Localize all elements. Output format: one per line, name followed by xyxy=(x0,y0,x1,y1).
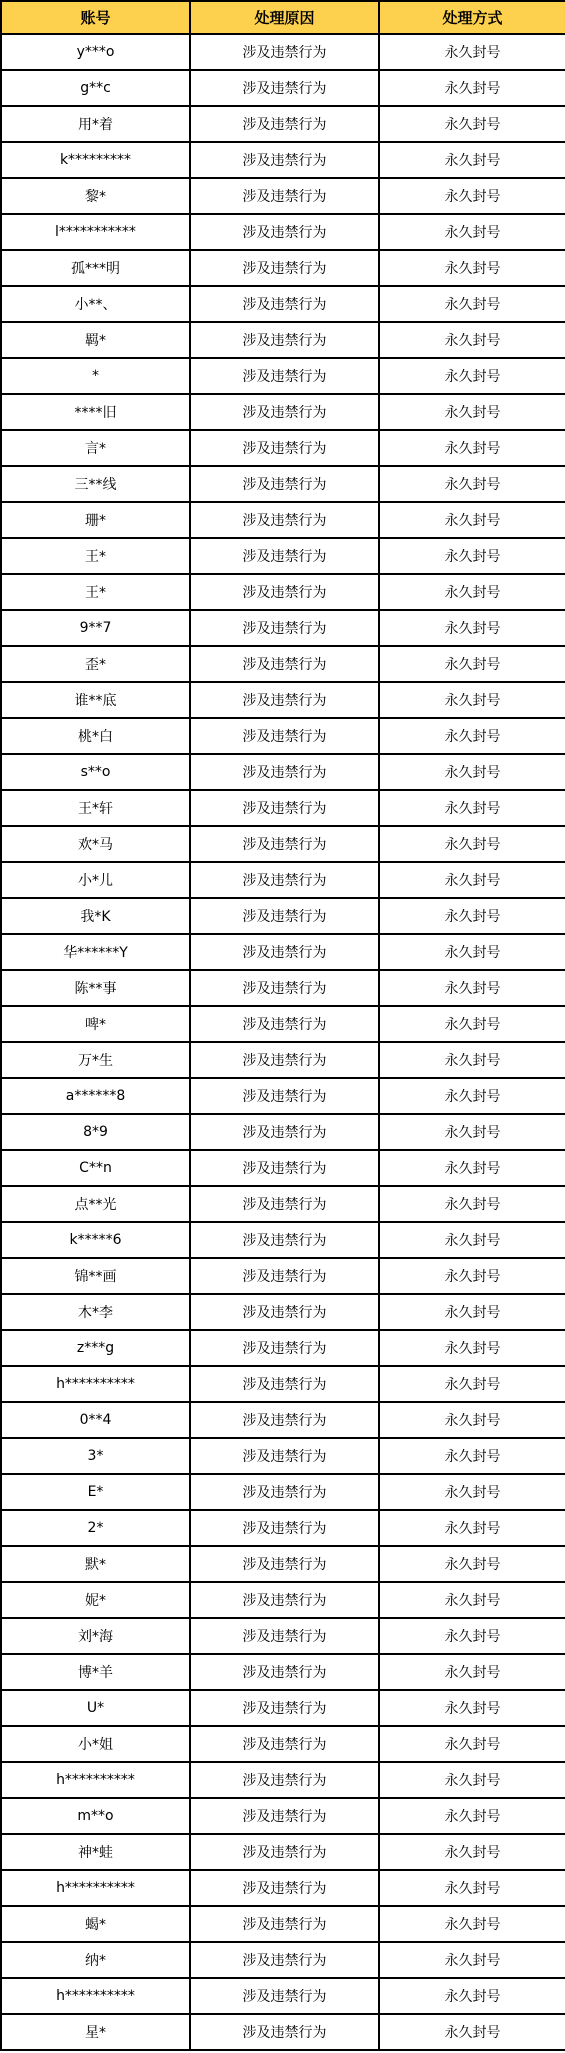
reason-cell: 涉及违禁行为 xyxy=(190,430,379,466)
action-cell: 永久封号 xyxy=(379,1042,565,1078)
action-cell: 永久封号 xyxy=(379,1762,565,1798)
reason-cell: 涉及违禁行为 xyxy=(190,1294,379,1330)
action-cell: 永久封号 xyxy=(379,142,565,178)
reason-cell: 涉及违禁行为 xyxy=(190,1510,379,1546)
action-cell: 永久封号 xyxy=(379,1402,565,1438)
account-cell: 星* xyxy=(1,2014,190,2050)
action-cell: 永久封号 xyxy=(379,358,565,394)
reason-cell: 涉及违禁行为 xyxy=(190,70,379,106)
account-cell: h********** xyxy=(1,1762,190,1798)
action-cell: 永久封号 xyxy=(379,970,565,1006)
table-row: 王*涉及违禁行为永久封号 xyxy=(1,538,565,574)
action-cell: 永久封号 xyxy=(379,682,565,718)
action-cell: 永久封号 xyxy=(379,394,565,430)
table-row: 刘*海涉及违禁行为永久封号 xyxy=(1,1618,565,1654)
column-header-reason: 处理原因 xyxy=(190,1,379,34)
table-row: 欢*马涉及违禁行为永久封号 xyxy=(1,826,565,862)
account-cell: U* xyxy=(1,1690,190,1726)
account-cell: 蝎* xyxy=(1,1906,190,1942)
action-cell: 永久封号 xyxy=(379,214,565,250)
reason-cell: 涉及违禁行为 xyxy=(190,1834,379,1870)
table-row: 小**、涉及违禁行为永久封号 xyxy=(1,286,565,322)
action-cell: 永久封号 xyxy=(379,1438,565,1474)
reason-cell: 涉及违禁行为 xyxy=(190,1222,379,1258)
table-row: 妮*涉及违禁行为永久封号 xyxy=(1,1582,565,1618)
account-cell: 神*蛙 xyxy=(1,1834,190,1870)
table-row: 万*生涉及违禁行为永久封号 xyxy=(1,1042,565,1078)
table-row: 默*涉及违禁行为永久封号 xyxy=(1,1546,565,1582)
action-cell: 永久封号 xyxy=(379,1906,565,1942)
table-row: 3*涉及违禁行为永久封号 xyxy=(1,1438,565,1474)
action-cell: 永久封号 xyxy=(379,34,565,70)
action-cell: 永久封号 xyxy=(379,70,565,106)
reason-cell: 涉及违禁行为 xyxy=(190,502,379,538)
reason-cell: 涉及违禁行为 xyxy=(190,1906,379,1942)
account-cell: y***o xyxy=(1,34,190,70)
table-row: h**********涉及违禁行为永久封号 xyxy=(1,1978,565,2014)
action-cell: 永久封号 xyxy=(379,610,565,646)
action-cell: 永久封号 xyxy=(379,1870,565,1906)
reason-cell: 涉及违禁行为 xyxy=(190,1798,379,1834)
table-row: 星*涉及违禁行为永久封号 xyxy=(1,2014,565,2050)
action-cell: 永久封号 xyxy=(379,1150,565,1186)
action-cell: 永久封号 xyxy=(379,1690,565,1726)
reason-cell: 涉及违禁行为 xyxy=(190,1870,379,1906)
account-cell: 啤* xyxy=(1,1006,190,1042)
account-cell: g**c xyxy=(1,70,190,106)
table-row: U*涉及违禁行为永久封号 xyxy=(1,1690,565,1726)
table-row: 小*儿涉及违禁行为永久封号 xyxy=(1,862,565,898)
account-cell: 妮* xyxy=(1,1582,190,1618)
table-row: 锦**画涉及违禁行为永久封号 xyxy=(1,1258,565,1294)
account-cell: 点**光 xyxy=(1,1186,190,1222)
account-cell: 三**线 xyxy=(1,466,190,502)
action-cell: 永久封号 xyxy=(379,286,565,322)
account-cell: * xyxy=(1,358,190,394)
account-cell: 华******Y xyxy=(1,934,190,970)
account-cell: 8*9 xyxy=(1,1114,190,1150)
action-cell: 永久封号 xyxy=(379,1582,565,1618)
action-cell: 永久封号 xyxy=(379,1654,565,1690)
account-cell: 黎* xyxy=(1,178,190,214)
table-row: 桃*白涉及违禁行为永久封号 xyxy=(1,718,565,754)
table-row: 蝎*涉及违禁行为永久封号 xyxy=(1,1906,565,1942)
action-cell: 永久封号 xyxy=(379,862,565,898)
reason-cell: 涉及违禁行为 xyxy=(190,1474,379,1510)
column-header-account: 账号 xyxy=(1,1,190,34)
action-cell: 永久封号 xyxy=(379,1510,565,1546)
reason-cell: 涉及违禁行为 xyxy=(190,1150,379,1186)
table-row: l***********涉及违禁行为永久封号 xyxy=(1,214,565,250)
table-row: 珊*涉及违禁行为永久封号 xyxy=(1,502,565,538)
table-row: 言*涉及违禁行为永久封号 xyxy=(1,430,565,466)
action-cell: 永久封号 xyxy=(379,178,565,214)
reason-cell: 涉及违禁行为 xyxy=(190,1186,379,1222)
account-cell: 万*生 xyxy=(1,1042,190,1078)
account-cell: s**o xyxy=(1,754,190,790)
table-row: z***g涉及违禁行为永久封号 xyxy=(1,1330,565,1366)
table-row: s**o涉及违禁行为永久封号 xyxy=(1,754,565,790)
action-cell: 永久封号 xyxy=(379,790,565,826)
account-cell: z***g xyxy=(1,1330,190,1366)
action-cell: 永久封号 xyxy=(379,1330,565,1366)
reason-cell: 涉及违禁行为 xyxy=(190,1006,379,1042)
table-row: 黎*涉及违禁行为永久封号 xyxy=(1,178,565,214)
action-cell: 永久封号 xyxy=(379,1798,565,1834)
account-cell: 纳* xyxy=(1,1942,190,1978)
reason-cell: 涉及违禁行为 xyxy=(190,1258,379,1294)
table-row: 啤*涉及违禁行为永久封号 xyxy=(1,1006,565,1042)
action-cell: 永久封号 xyxy=(379,1258,565,1294)
ban-table-body: y***o涉及违禁行为永久封号g**c涉及违禁行为永久封号用*着涉及违禁行为永久… xyxy=(1,34,565,2050)
table-row: 我*K涉及违禁行为永久封号 xyxy=(1,898,565,934)
table-row: 三**线涉及违禁行为永久封号 xyxy=(1,466,565,502)
reason-cell: 涉及违禁行为 xyxy=(190,1546,379,1582)
account-cell: 陈**事 xyxy=(1,970,190,1006)
table-row: 华******Y涉及违禁行为永久封号 xyxy=(1,934,565,970)
reason-cell: 涉及违禁行为 xyxy=(190,106,379,142)
table-row: 0**4涉及违禁行为永久封号 xyxy=(1,1402,565,1438)
reason-cell: 涉及违禁行为 xyxy=(190,718,379,754)
account-cell: 桃*白 xyxy=(1,718,190,754)
reason-cell: 涉及违禁行为 xyxy=(190,1690,379,1726)
table-row: 点**光涉及违禁行为永久封号 xyxy=(1,1186,565,1222)
reason-cell: 涉及违禁行为 xyxy=(190,862,379,898)
reason-cell: 涉及违禁行为 xyxy=(190,214,379,250)
action-cell: 永久封号 xyxy=(379,718,565,754)
action-cell: 永久封号 xyxy=(379,1294,565,1330)
action-cell: 永久封号 xyxy=(379,1546,565,1582)
account-cell: 歪* xyxy=(1,646,190,682)
account-cell: 谁**底 xyxy=(1,682,190,718)
account-cell: k*****6 xyxy=(1,1222,190,1258)
action-cell: 永久封号 xyxy=(379,2014,565,2050)
table-row: a******8涉及违禁行为永久封号 xyxy=(1,1078,565,1114)
reason-cell: 涉及违禁行为 xyxy=(190,826,379,862)
action-cell: 永久封号 xyxy=(379,934,565,970)
reason-cell: 涉及违禁行为 xyxy=(190,142,379,178)
reason-cell: 涉及违禁行为 xyxy=(190,1726,379,1762)
action-cell: 永久封号 xyxy=(379,322,565,358)
table-row: h**********涉及违禁行为永久封号 xyxy=(1,1762,565,1798)
action-cell: 永久封号 xyxy=(379,898,565,934)
reason-cell: 涉及违禁行为 xyxy=(190,538,379,574)
reason-cell: 涉及违禁行为 xyxy=(190,1942,379,1978)
table-row: *涉及违禁行为永久封号 xyxy=(1,358,565,394)
reason-cell: 涉及违禁行为 xyxy=(190,1582,379,1618)
reason-cell: 涉及违禁行为 xyxy=(190,34,379,70)
table-row: 小*姐涉及违禁行为永久封号 xyxy=(1,1726,565,1762)
account-cell: 2* xyxy=(1,1510,190,1546)
table-row: 孤***明涉及违禁行为永久封号 xyxy=(1,250,565,286)
table-row: 歪*涉及违禁行为永久封号 xyxy=(1,646,565,682)
account-cell: 我*K xyxy=(1,898,190,934)
ban-table: 账号 处理原因 处理方式 y***o涉及违禁行为永久封号g**c涉及违禁行为永久… xyxy=(0,0,565,2051)
table-row: y***o涉及违禁行为永久封号 xyxy=(1,34,565,70)
action-cell: 永久封号 xyxy=(379,1114,565,1150)
table-row: 羁*涉及违禁行为永久封号 xyxy=(1,322,565,358)
action-cell: 永久封号 xyxy=(379,1186,565,1222)
table-row: h**********涉及违禁行为永久封号 xyxy=(1,1870,565,1906)
table-row: 纳*涉及违禁行为永久封号 xyxy=(1,1942,565,1978)
table-row: 王*轩涉及违禁行为永久封号 xyxy=(1,790,565,826)
reason-cell: 涉及违禁行为 xyxy=(190,934,379,970)
account-cell: 欢*马 xyxy=(1,826,190,862)
account-cell: 锦**画 xyxy=(1,1258,190,1294)
account-cell: 孤***明 xyxy=(1,250,190,286)
reason-cell: 涉及违禁行为 xyxy=(190,466,379,502)
account-cell: C**n xyxy=(1,1150,190,1186)
account-cell: 9**7 xyxy=(1,610,190,646)
action-cell: 永久封号 xyxy=(379,574,565,610)
action-cell: 永久封号 xyxy=(379,826,565,862)
action-cell: 永久封号 xyxy=(379,106,565,142)
reason-cell: 涉及违禁行为 xyxy=(190,1330,379,1366)
reason-cell: 涉及违禁行为 xyxy=(190,898,379,934)
table-row: k*********涉及违禁行为永久封号 xyxy=(1,142,565,178)
action-cell: 永久封号 xyxy=(379,1618,565,1654)
reason-cell: 涉及违禁行为 xyxy=(190,322,379,358)
account-cell: 用*着 xyxy=(1,106,190,142)
table-row: 8*9涉及违禁行为永久封号 xyxy=(1,1114,565,1150)
account-cell: l*********** xyxy=(1,214,190,250)
account-cell: h********** xyxy=(1,1366,190,1402)
action-cell: 永久封号 xyxy=(379,502,565,538)
reason-cell: 涉及违禁行为 xyxy=(190,1114,379,1150)
account-cell: h********** xyxy=(1,1978,190,2014)
account-cell: 默* xyxy=(1,1546,190,1582)
table-row: 木*李涉及违禁行为永久封号 xyxy=(1,1294,565,1330)
column-header-action: 处理方式 xyxy=(379,1,565,34)
action-cell: 永久封号 xyxy=(379,1078,565,1114)
reason-cell: 涉及违禁行为 xyxy=(190,1438,379,1474)
table-row: 谁**底涉及违禁行为永久封号 xyxy=(1,682,565,718)
reason-cell: 涉及违禁行为 xyxy=(190,1618,379,1654)
account-cell: 小*儿 xyxy=(1,862,190,898)
account-cell: a******8 xyxy=(1,1078,190,1114)
reason-cell: 涉及违禁行为 xyxy=(190,1978,379,2014)
account-cell: 珊* xyxy=(1,502,190,538)
reason-cell: 涉及违禁行为 xyxy=(190,754,379,790)
table-row: 王*涉及违禁行为永久封号 xyxy=(1,574,565,610)
account-cell: m**o xyxy=(1,1798,190,1834)
ban-table-header: 账号 处理原因 处理方式 xyxy=(1,1,565,34)
action-cell: 永久封号 xyxy=(379,1726,565,1762)
action-cell: 永久封号 xyxy=(379,466,565,502)
account-cell: 王* xyxy=(1,538,190,574)
action-cell: 永久封号 xyxy=(379,1978,565,2014)
reason-cell: 涉及违禁行为 xyxy=(190,610,379,646)
reason-cell: 涉及违禁行为 xyxy=(190,1366,379,1402)
reason-cell: 涉及违禁行为 xyxy=(190,646,379,682)
action-cell: 永久封号 xyxy=(379,646,565,682)
table-row: h**********涉及违禁行为永久封号 xyxy=(1,1366,565,1402)
account-cell: 木*李 xyxy=(1,1294,190,1330)
table-row: E*涉及违禁行为永久封号 xyxy=(1,1474,565,1510)
reason-cell: 涉及违禁行为 xyxy=(190,394,379,430)
action-cell: 永久封号 xyxy=(379,1366,565,1402)
table-row: ****旧涉及违禁行为永久封号 xyxy=(1,394,565,430)
action-cell: 永久封号 xyxy=(379,430,565,466)
reason-cell: 涉及违禁行为 xyxy=(190,250,379,286)
account-cell: 博*羊 xyxy=(1,1654,190,1690)
header-row: 账号 处理原因 处理方式 xyxy=(1,1,565,34)
reason-cell: 涉及违禁行为 xyxy=(190,1078,379,1114)
table-row: 博*羊涉及违禁行为永久封号 xyxy=(1,1654,565,1690)
action-cell: 永久封号 xyxy=(379,1006,565,1042)
reason-cell: 涉及违禁行为 xyxy=(190,1762,379,1798)
account-cell: 羁* xyxy=(1,322,190,358)
reason-cell: 涉及违禁行为 xyxy=(190,2014,379,2050)
table-row: 神*蛙涉及违禁行为永久封号 xyxy=(1,1834,565,1870)
reason-cell: 涉及违禁行为 xyxy=(190,682,379,718)
reason-cell: 涉及违禁行为 xyxy=(190,1042,379,1078)
reason-cell: 涉及违禁行为 xyxy=(190,790,379,826)
account-cell: k********* xyxy=(1,142,190,178)
reason-cell: 涉及违禁行为 xyxy=(190,574,379,610)
account-cell: h********** xyxy=(1,1870,190,1906)
account-cell: 王*轩 xyxy=(1,790,190,826)
table-row: 9**7涉及违禁行为永久封号 xyxy=(1,610,565,646)
reason-cell: 涉及违禁行为 xyxy=(190,1402,379,1438)
account-cell: E* xyxy=(1,1474,190,1510)
account-cell: ****旧 xyxy=(1,394,190,430)
reason-cell: 涉及违禁行为 xyxy=(190,358,379,394)
reason-cell: 涉及违禁行为 xyxy=(190,178,379,214)
ban-announcement-page: 账号 处理原因 处理方式 y***o涉及违禁行为永久封号g**c涉及违禁行为永久… xyxy=(0,0,565,2051)
account-cell: 0**4 xyxy=(1,1402,190,1438)
table-row: C**n涉及违禁行为永久封号 xyxy=(1,1150,565,1186)
account-cell: 王* xyxy=(1,574,190,610)
action-cell: 永久封号 xyxy=(379,1942,565,1978)
table-row: 2*涉及违禁行为永久封号 xyxy=(1,1510,565,1546)
table-row: 用*着涉及违禁行为永久封号 xyxy=(1,106,565,142)
account-cell: 刘*海 xyxy=(1,1618,190,1654)
action-cell: 永久封号 xyxy=(379,1222,565,1258)
table-row: g**c涉及违禁行为永久封号 xyxy=(1,70,565,106)
account-cell: 言* xyxy=(1,430,190,466)
action-cell: 永久封号 xyxy=(379,250,565,286)
reason-cell: 涉及违禁行为 xyxy=(190,286,379,322)
account-cell: 3* xyxy=(1,1438,190,1474)
action-cell: 永久封号 xyxy=(379,754,565,790)
action-cell: 永久封号 xyxy=(379,1834,565,1870)
table-row: k*****6涉及违禁行为永久封号 xyxy=(1,1222,565,1258)
table-row: 陈**事涉及违禁行为永久封号 xyxy=(1,970,565,1006)
table-row: m**o涉及违禁行为永久封号 xyxy=(1,1798,565,1834)
action-cell: 永久封号 xyxy=(379,538,565,574)
account-cell: 小*姐 xyxy=(1,1726,190,1762)
reason-cell: 涉及违禁行为 xyxy=(190,970,379,1006)
reason-cell: 涉及违禁行为 xyxy=(190,1654,379,1690)
action-cell: 永久封号 xyxy=(379,1474,565,1510)
account-cell: 小**、 xyxy=(1,286,190,322)
